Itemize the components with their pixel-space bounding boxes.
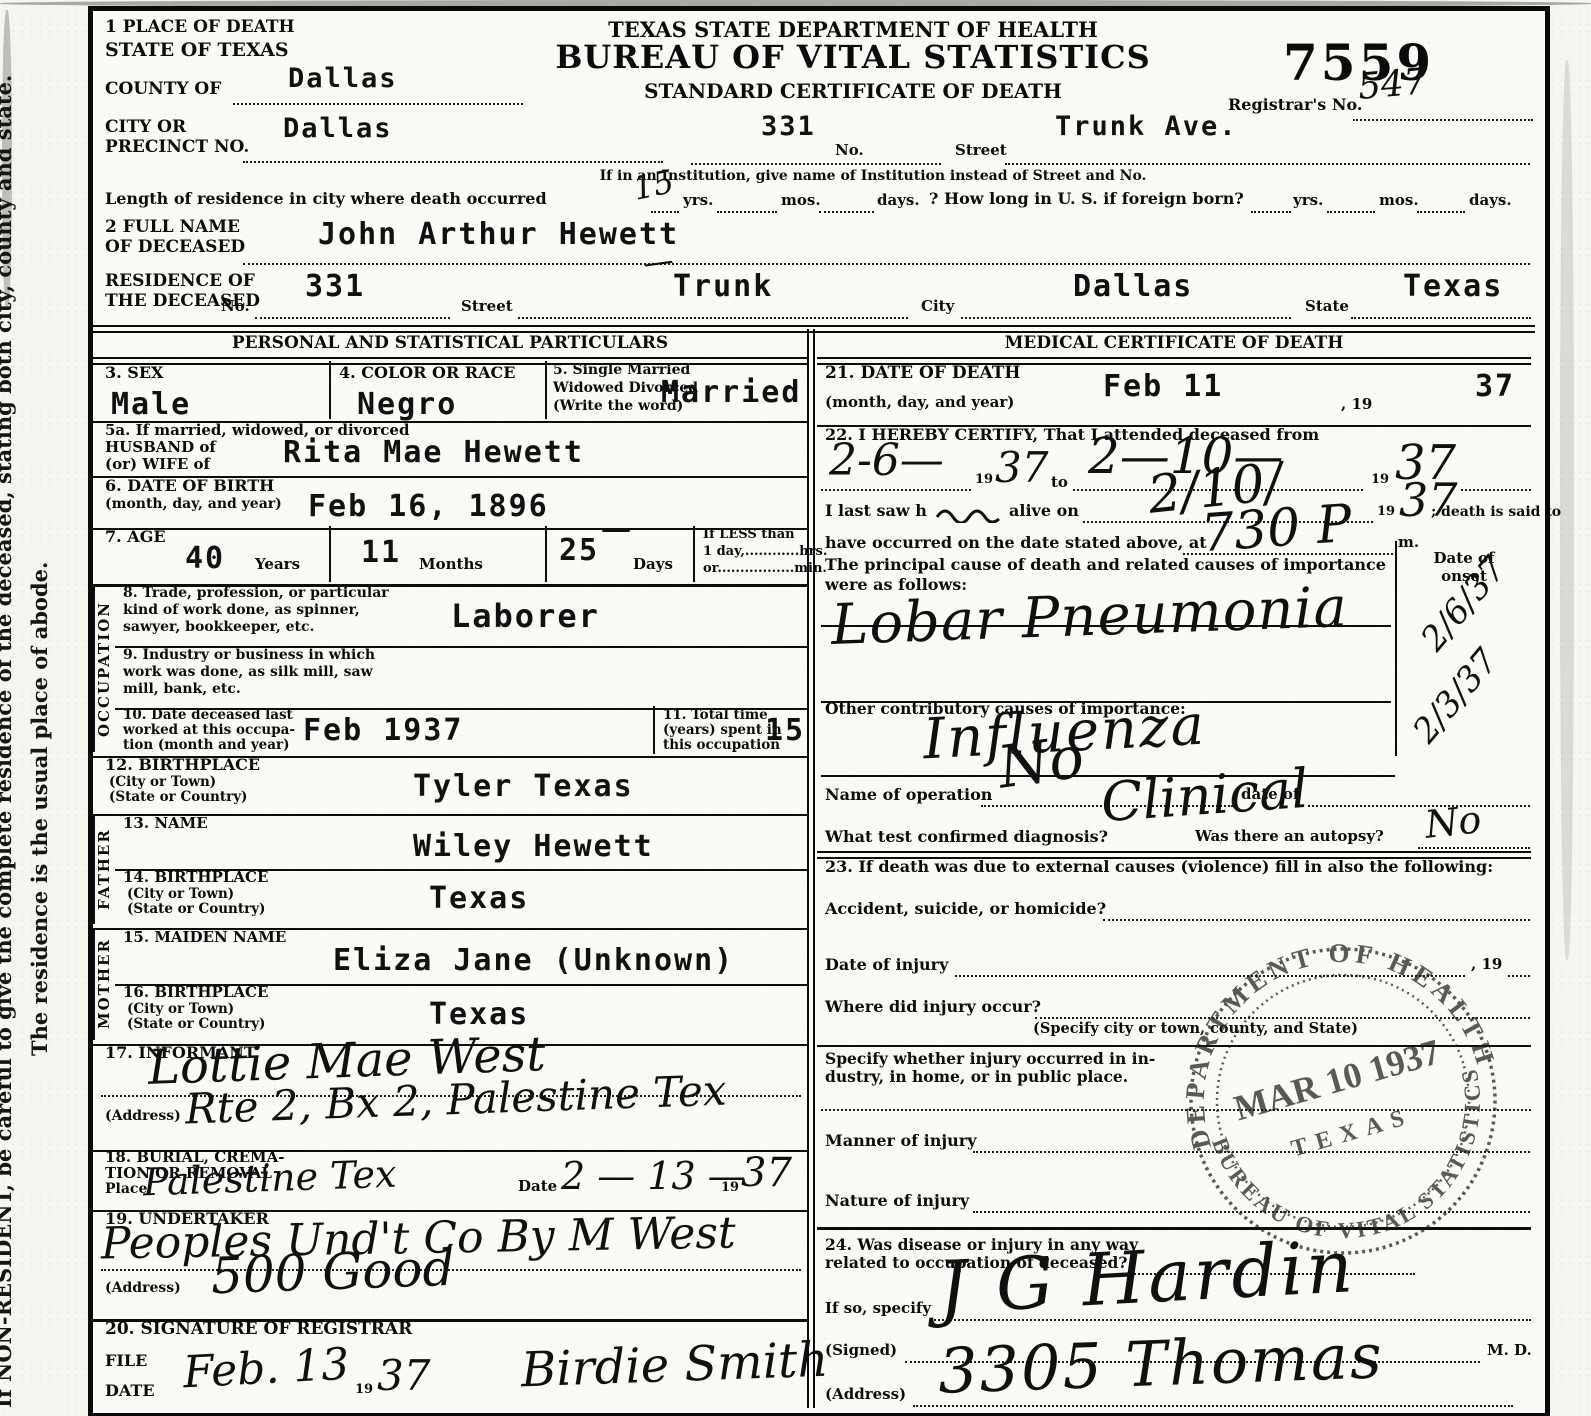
less-than-label-1: If LESS than	[703, 528, 795, 542]
dod-label-1: 21. DATE OF DEATH	[825, 365, 1021, 383]
dotted-line	[1461, 487, 1531, 491]
lastwork-label-1: 10. Date deceased last	[123, 708, 293, 722]
no-label: No.	[835, 143, 864, 159]
mos-label-2: mos.	[1379, 193, 1419, 209]
right-section-title: MEDICAL CERTIFICATE OF DEATH	[817, 335, 1531, 353]
totaltime-value: 15	[765, 713, 805, 748]
scan-artifact	[1560, 60, 1574, 960]
foreign-born-label: ? How long in U. S. if foreign born?	[929, 191, 1244, 208]
dob-label-1: 6. DATE OF BIRTH	[105, 478, 274, 495]
sex-label: 3. SEX	[105, 365, 163, 382]
svg-text:DEPARTMENT OF HEALTH: DEPARTMENT OF HEALTH	[1141, 899, 1502, 1153]
left-section-title: PERSONAL AND STATISTICAL PARTICULARS	[93, 335, 807, 353]
test-label: What test confirmed diagnosis?	[825, 829, 1108, 846]
informant-address-label: (Address)	[105, 1109, 181, 1124]
dotted-line	[819, 209, 874, 213]
dotted-line	[691, 161, 941, 165]
days-label: days.	[877, 193, 920, 209]
cell-divider	[545, 361, 549, 419]
place-of-death-label: 1 PLACE OF DEATH	[105, 19, 295, 37]
burial-date-label: Date	[518, 1179, 557, 1195]
residence-length-label: Length of residence in city where death …	[105, 191, 547, 208]
occupation-side-label: OCCUPATION	[93, 586, 117, 752]
residence-state-value: Texas	[1403, 269, 1503, 304]
age-years-value: 40	[185, 541, 225, 576]
full-name-label-1: 2 FULL NAME	[105, 219, 240, 237]
birthplace-label-2: (City or Town)	[109, 775, 216, 789]
dotted-line	[1327, 209, 1375, 213]
father-side-label: FATHER	[93, 814, 117, 924]
dotted-line	[1103, 917, 1530, 921]
marital-value: Married	[661, 375, 801, 410]
principal-label-1: The principal cause of death and related…	[825, 557, 1386, 574]
header-standard: STANDARD CERTIFICATE OF DEATH	[563, 81, 1143, 102]
mother-side-label: MOTHER	[93, 928, 117, 1040]
row-line	[93, 526, 807, 530]
dod-year-value: 37	[1475, 369, 1515, 404]
to-label: to	[1051, 475, 1068, 491]
county-label: COUNTY OF	[105, 81, 221, 99]
residence-no-value: 331	[305, 269, 365, 304]
onset-label-1: Date of	[1399, 551, 1529, 567]
spouse-label-2: HUSBAND of	[105, 440, 216, 456]
residence-city-value: Dallas	[1073, 269, 1193, 304]
dotted-line	[961, 315, 1291, 319]
lastsaw-mid-label: alive on	[1009, 503, 1079, 520]
accident-label: Accident, suicide, or homicide?	[825, 901, 1106, 918]
margin-note-nonresident: If NON-RESIDENT, be careful to give the …	[0, 75, 16, 1408]
date-label: DATE	[105, 1383, 155, 1400]
days-label-2: days.	[1469, 193, 1512, 209]
age-months-value: 11	[361, 535, 401, 570]
dod-label-2: (month, day, and year)	[825, 395, 1014, 411]
margin-note-abode: The residence is the usual place of abod…	[27, 562, 52, 1056]
cause-rule	[821, 623, 1391, 627]
occurred-time-value: 730 P	[1199, 498, 1353, 560]
race-value: Negro	[357, 387, 457, 422]
mother-bp-label-3: (State or Country)	[127, 1017, 265, 1031]
sex-value: Male	[111, 387, 191, 422]
contributory-onset-value: 2/3/37	[1408, 643, 1504, 749]
full-name-value: John Arthur Hewett	[318, 217, 679, 252]
dotted-line	[717, 209, 777, 213]
dotted-line	[913, 1403, 1513, 1407]
age-days-value: 25	[559, 533, 599, 568]
state-of-texas-label: STATE OF TEXAS	[105, 41, 289, 61]
registrar-no-label: Registrar's No.	[1228, 97, 1362, 114]
md-label: M. D.	[1487, 1343, 1532, 1359]
city-value: Dallas	[283, 113, 393, 144]
dotted-line	[243, 159, 663, 163]
county-value: Dallas	[288, 63, 398, 94]
injury-date-label: Date of injury	[825, 957, 948, 974]
days-cell-label: Days	[633, 557, 673, 573]
cell-divider	[545, 526, 549, 582]
dotted-line	[821, 487, 971, 491]
dotted-line	[1308, 803, 1530, 807]
industry-label-2: work was done, as silk mill, saw	[123, 665, 373, 680]
lastsaw-post-label: ; death is said to	[1431, 505, 1561, 520]
cause-of-death-value: Lobar Pneumonia	[830, 580, 1348, 654]
mother-bp-label-2: (City or Town)	[127, 1002, 234, 1016]
autopsy-label: Was there an autopsy?	[1195, 829, 1384, 845]
institution-note: If in an Institution, give name of Insti…	[593, 169, 1153, 184]
test-value: Clinical	[1099, 762, 1310, 830]
physician-address-value: 3305 Thomas	[937, 1325, 1385, 1403]
dotted-line	[1353, 117, 1533, 121]
file-date-19: 19	[355, 1383, 373, 1397]
nature-label: Nature of injury	[825, 1193, 969, 1210]
totaltime-label-3: this occupation	[663, 738, 780, 752]
stamp-place-text: TEXAS	[1288, 1103, 1415, 1162]
undertaker-address-label: (Address)	[105, 1281, 181, 1296]
from-19-label: 19	[975, 473, 993, 487]
street-value: Trunk Ave.	[1055, 111, 1238, 142]
external-causes-label: 23. If death was due to external causes …	[825, 859, 1493, 876]
house-no-value: 331	[761, 111, 816, 142]
burial-place-value: Palestine Tex	[142, 1155, 397, 1202]
father-name-value: Wiley Hewett	[413, 829, 654, 864]
registrar-signature-label: 20. SIGNATURE OF REGISTRAR	[105, 1321, 412, 1339]
lastsaw-19-label: 19	[1377, 505, 1395, 519]
lastwork-label-3: tion (month and year)	[123, 738, 290, 752]
trade-label-1: 8. Trade, profession, or particular	[123, 586, 389, 601]
years-label: Years	[255, 557, 300, 573]
industry-label-3: mill, bank, etc.	[123, 682, 241, 697]
lastsaw-pre-label: I last saw h	[825, 503, 927, 520]
mother-name-label: 15. MAIDEN NAME	[123, 930, 286, 946]
residence-length-value: 15	[630, 165, 676, 205]
stamp-date-text: MAR 10 1937	[1230, 1031, 1445, 1128]
burial-place-label: Place	[105, 1182, 147, 1197]
trade-value: Laborer	[451, 597, 600, 635]
father-name-label: 13. NAME	[123, 816, 208, 832]
age-days-pen-mark: —	[601, 515, 631, 545]
dob-label-2: (month, day, and year)	[105, 497, 282, 512]
full-name-label-2: OF DECEASED	[105, 239, 245, 257]
attended-from-value: 2-6—	[829, 439, 944, 483]
residence-street-label: Street	[461, 299, 513, 315]
birthplace-label-3: (State or Country)	[109, 790, 247, 804]
occurred-m-label: m.	[1398, 535, 1419, 551]
father-bp-label-1: 14. BIRTHPLACE	[123, 870, 268, 886]
header-bureau: BUREAU OF VITAL STATISTICS	[523, 41, 1183, 75]
race-label: 4. COLOR OR RACE	[339, 365, 515, 382]
lastwork-label-2: worked at this occupa-	[123, 723, 295, 737]
yrs-label-2: yrs.	[1293, 193, 1323, 209]
stamp-top-text: DEPARTMENT OF HEALTH	[1141, 899, 1502, 1153]
dotted-line	[518, 315, 908, 319]
column-divider	[807, 329, 815, 1408]
residence-state-label: State	[1305, 299, 1349, 315]
to-19-label: 19	[1371, 473, 1389, 487]
certificate-form: 1 PLACE OF DEATH STATE OF TEXAS COUNTY O…	[88, 6, 1550, 1416]
dotted-line	[1508, 973, 1530, 977]
trade-label-3: sawyer, bookkeeper, etc.	[123, 620, 314, 635]
injury-spec-label-1: Specify whether injury occurred in in-	[825, 1051, 1155, 1067]
burial-date-19: 19	[721, 1181, 739, 1195]
trade-label-2: kind of work done, as spinner,	[123, 603, 360, 618]
ifso-label: If so, specify	[825, 1301, 931, 1317]
totaltime-label-1: 11. Total time	[663, 708, 768, 722]
father-bp-label-3: (State or Country)	[127, 902, 265, 916]
signed-label: (Signed)	[825, 1343, 897, 1359]
spouse-value: Rita Mae Hewett	[283, 435, 584, 470]
operation-label: Name of operation	[825, 787, 992, 804]
dotted-line	[1417, 209, 1465, 213]
file-label: FILE	[105, 1353, 147, 1370]
file-date-year: 37	[377, 1355, 430, 1397]
residence-city-label: City	[921, 299, 954, 315]
dod-19-label: , 19	[1341, 397, 1372, 413]
physician-address-label: (Address)	[825, 1387, 906, 1403]
less-than-label-3: or.................min.	[703, 562, 827, 576]
street-label: Street	[955, 143, 1007, 159]
burial-date-year: 37	[741, 1153, 792, 1193]
precinct-label: PRECINCT NO.	[105, 139, 249, 157]
autopsy-value: No	[1423, 800, 1483, 844]
birthplace-value: Tyler Texas	[413, 769, 634, 804]
registrar-no-value: 547	[1357, 64, 1429, 106]
dotted-line	[1351, 315, 1531, 319]
yrs-label: yrs.	[683, 193, 713, 209]
dotted-line	[255, 315, 450, 319]
cell-divider	[329, 361, 333, 419]
months-label: Months	[419, 557, 483, 573]
operation-value: No	[994, 727, 1087, 796]
residence-label-1: RESIDENCE OF	[105, 273, 255, 291]
mother-bp-label-1: 16. BIRTHPLACE	[123, 985, 268, 1001]
injury-spec-label-2: dustry, in home, or in public place.	[825, 1069, 1128, 1085]
pen-scribble	[935, 503, 1005, 523]
registrar-signature-value: Birdie Smith	[520, 1336, 829, 1395]
dotted-line	[243, 261, 1530, 265]
from-year-value: 37	[995, 447, 1048, 489]
industry-label-1: 9. Industry or business in which	[123, 648, 375, 663]
totaltime-label-2: (years) spent in	[663, 723, 782, 737]
residence-no-label: No.	[221, 299, 250, 315]
manner-label: Manner of injury	[825, 1133, 977, 1150]
mother-name-value: Eliza Jane (Unknown)	[333, 943, 734, 978]
undertaker-address-value: 500 Good	[210, 1243, 455, 1301]
birthplace-label-1: 12. BIRTHPLACE	[105, 757, 260, 774]
mos-label: mos.	[781, 193, 821, 209]
father-bp-label-2: (City or Town)	[127, 887, 234, 901]
occurred-label: have occurred on the date stated above, …	[825, 535, 1207, 552]
residence-street-value: Trunk	[673, 269, 773, 304]
dotted-line	[1418, 845, 1530, 849]
dod-value: Feb 11	[1103, 369, 1223, 404]
dotted-line	[651, 209, 679, 213]
injury-where-label: Where did injury occur?	[825, 999, 1041, 1016]
cell-divider	[653, 706, 657, 754]
cell-divider	[693, 526, 697, 582]
dotted-line	[1251, 209, 1291, 213]
less-than-label-2: 1 day,............hrs.	[703, 545, 827, 559]
dotted-line	[233, 101, 523, 105]
burial-date-value: 2 — 13 —	[561, 1157, 746, 1195]
dob-value: Feb 16, 1896	[308, 489, 549, 524]
city-label: CITY OR	[105, 119, 186, 137]
cell-divider	[329, 526, 333, 582]
spouse-label-3: (or) WIFE of	[105, 457, 210, 473]
age-label: 7. AGE	[105, 529, 166, 546]
file-date-value: Feb. 13	[182, 1343, 350, 1396]
dotted-line	[1005, 161, 1530, 165]
father-bp-value: Texas	[429, 881, 529, 916]
scanned-death-certificate: { "margin": { "line1": "If NON-RESIDENT,…	[0, 0, 1591, 1416]
lastwork-value: Feb 1937	[303, 713, 464, 748]
